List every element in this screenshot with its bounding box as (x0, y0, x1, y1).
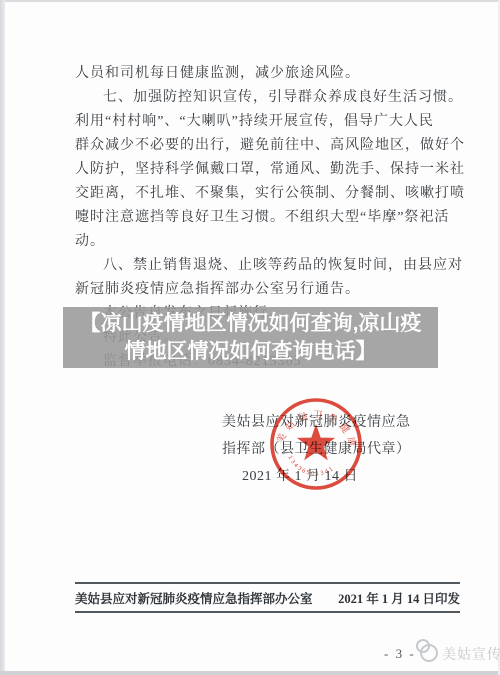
document-text-line: 群众减少不必要的出行，避免前往中、高风险地区，做好个 (75, 134, 455, 158)
seo-overlay-banner: 【凉山疫情地区情况如何查询,凉山疫 情地区情况如何查询电话】 (63, 307, 438, 368)
page-number: - 3 - (384, 646, 416, 662)
watermark-label: 美姑宣传 (442, 644, 500, 664)
document-text-line: 交距离，不扎堆、不聚集，实行公筷制、分餐制、咳嗽打喷 (75, 182, 455, 206)
seal-code-digits: 13436501341 (286, 455, 335, 477)
seal-star-icon (297, 424, 335, 460)
footer-office: 美姑县应对新冠肺炎疫情应急指挥部办公室 (75, 589, 313, 607)
official-red-seal: 美姑县卫生健康局 13436501341 (268, 396, 364, 492)
document-page: 人员和司机每日健康监测，减少旅途风险。七、加强防控知识宣传，引导群众养成良好生活… (0, 0, 500, 675)
footer-imprint-bar: 美姑县应对新冠肺炎疫情应急指挥部办公室 2021 年 1 月 14 日印发 (75, 582, 460, 613)
document-text-line: 人员和司机每日健康监测，减少旅途风险。 (75, 62, 455, 86)
document-text-line: 七、加强防控知识宣传，引导群众养成良好生活习惯。 (75, 86, 455, 110)
seal-graphic: 美姑县卫生健康局 13436501341 (268, 396, 364, 492)
document-text-line: 动。 (75, 230, 455, 254)
meigu-propaganda-logo-icon (412, 637, 442, 670)
document-text-line: 人防护，坚持科学佩戴口罩，常通风、勤洗手、保持一米社 (75, 158, 455, 182)
page-edge-left (0, 0, 5, 675)
page-edge-bottom (0, 671, 500, 675)
page-edge-top (0, 0, 500, 2)
footer-print-date: 2021 年 1 月 14 日印发 (338, 589, 460, 607)
document-text-line: 嚏时注意遮挡等良好卫生习惯。不组织大型“毕摩”祭祀活 (75, 206, 455, 230)
document-text-line: 新冠肺炎疫情应急指挥部办公室另行通告。 (75, 278, 455, 302)
document-text-line: 利用“村村响”、“大喇叭”持续开展宣传，倡导广大人民 (75, 110, 455, 134)
overlay-banner-line2: 情地区情况如何查询电话】 (125, 338, 377, 366)
overlay-banner-line1: 【凉山疫情地区情况如何查询,凉山疫 (80, 310, 422, 338)
document-text-line: 八、禁止销售退烧、止咳等药品的恢复时间，由县应对 (75, 254, 455, 278)
